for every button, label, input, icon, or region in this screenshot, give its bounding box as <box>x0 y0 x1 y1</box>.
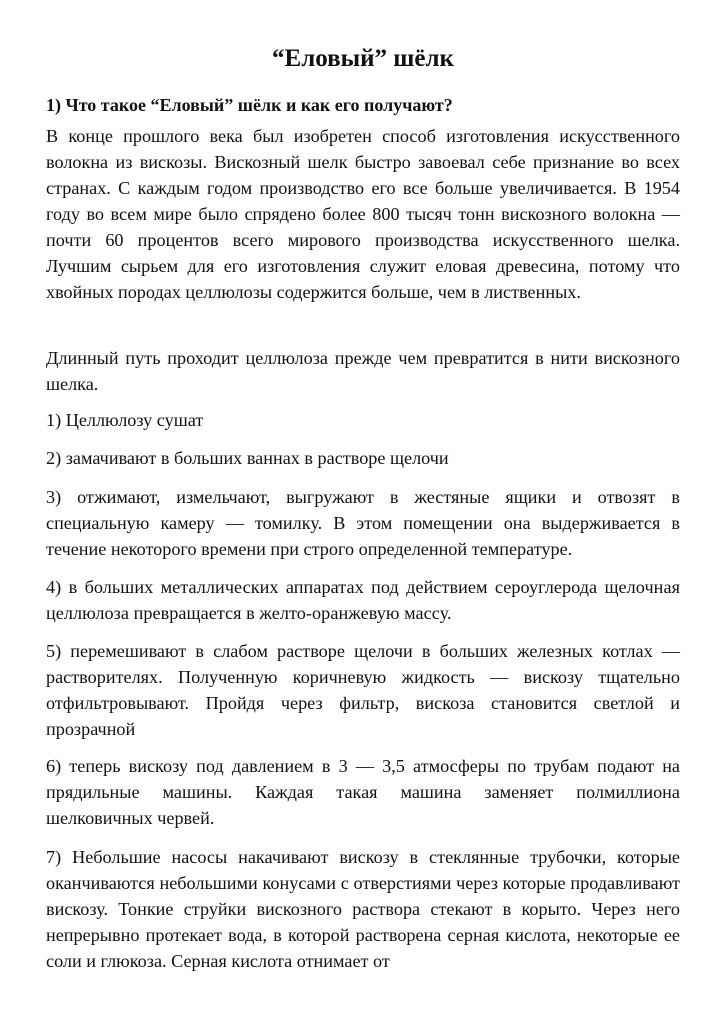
step-3: 3) отжимают, измельчают, выгружают в жес… <box>46 484 680 562</box>
step-1: 1) Целлюлозу сушат <box>46 407 680 433</box>
paragraph-intro: В конце прошлого века был изобретен спос… <box>46 123 680 305</box>
step-2: 2) замачивают в больших ваннах в раствор… <box>46 445 680 471</box>
step-5: 5) перемешивают в слабом растворе щелочи… <box>46 638 680 742</box>
step-6: 6) теперь вискозу под давлением в 3 — 3,… <box>46 753 680 831</box>
paragraph-path: Длинный путь проходит целлюлоза прежде ч… <box>46 345 680 397</box>
section-heading: 1) Что такое “Еловый” шёлк и как его пол… <box>46 93 680 117</box>
step-7: 7) Небольшие насосы накачивают вискозу в… <box>46 844 680 974</box>
document-title: “Еловый” шёлк <box>46 44 680 74</box>
step-4: 4) в больших металлических аппаратах под… <box>46 574 680 626</box>
